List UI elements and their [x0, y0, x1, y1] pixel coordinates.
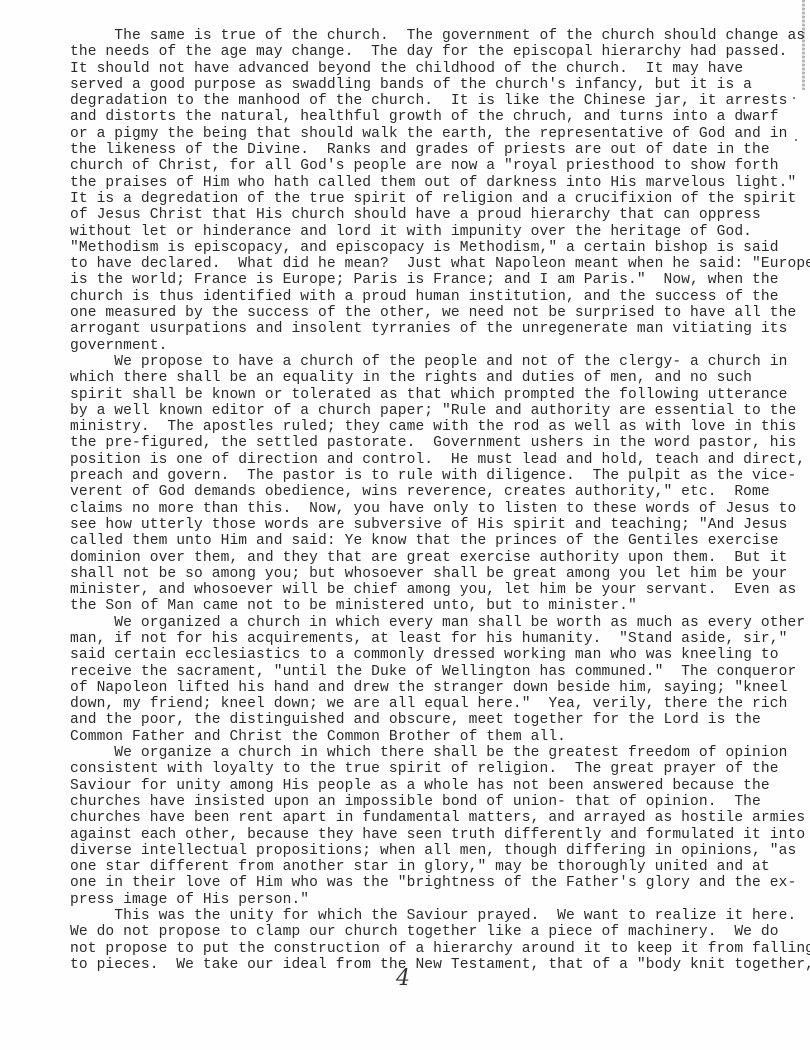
text-line: and distorts the natural, healthful grow…: [70, 109, 800, 125]
text-line: This was the unity for which the Saviour…: [70, 908, 800, 924]
text-line: We do not propose to clamp our church to…: [70, 924, 800, 940]
text-line: We organized a church in which every man…: [70, 615, 800, 631]
text-line: the praises of Him who hath called them …: [70, 175, 800, 191]
text-line: man, if not for his acquirements, at lea…: [70, 631, 800, 647]
text-line: preach and govern. The pastor is to rule…: [70, 468, 800, 484]
text-line: to pieces. We take our ideal from the Ne…: [70, 957, 800, 973]
text-line: ministry. The apostles ruled; they came …: [70, 419, 800, 435]
text-line: minister, and whosoever will be chief am…: [70, 582, 800, 598]
text-line: and the poor, the distinguished and obsc…: [70, 712, 800, 728]
text-line: government.: [70, 338, 800, 354]
text-line: the Son of Man came not to be ministered…: [70, 598, 800, 614]
text-line: is the world; France is Europe; Paris is…: [70, 272, 800, 288]
text-line: the pre-figured, the settled pastorate. …: [70, 435, 800, 451]
text-line: to have declared. What did he mean? Just…: [70, 256, 800, 272]
typewritten-body-text: The same is true of the church. The gove…: [70, 28, 800, 973]
text-line: the likeness of the Divine. Ranks and gr…: [70, 142, 800, 158]
text-line: churches have been rent apart in fundame…: [70, 810, 800, 826]
text-line: called them unto Him and said: Ye know t…: [70, 533, 800, 549]
text-line: without let or hinderance and lord it wi…: [70, 224, 800, 240]
text-line: The same is true of the church. The gove…: [70, 28, 800, 44]
scan-edge-shadow: [802, 0, 805, 90]
text-line: against each other, because they have se…: [70, 827, 800, 843]
text-line: church is thus identified with a proud h…: [70, 289, 800, 305]
text-line: by a well known editor of a church paper…: [70, 403, 800, 419]
text-line: It is a degredation of the true spirit o…: [70, 191, 800, 207]
text-line: of Jesus Christ that His church should h…: [70, 207, 800, 223]
text-line: degradation to the manhood of the church…: [70, 93, 800, 109]
text-line: Common Father and Christ the Common Brot…: [70, 729, 800, 745]
text-line: the needs of the age may change. The day…: [70, 44, 800, 60]
text-line: verent of God demands obedience, wins re…: [70, 484, 800, 500]
text-line: Saviour for unity among His people as a …: [70, 778, 800, 794]
text-line: served a good purpose as swaddling bands…: [70, 77, 800, 93]
text-line: church of Christ, for all God's people a…: [70, 158, 800, 174]
text-line: "Methodism is episcopacy, and episcopacy…: [70, 240, 800, 256]
text-line: position is one of direction and control…: [70, 452, 800, 468]
text-line: one star different from another star in …: [70, 859, 800, 875]
text-line: receive the sacrament, "until the Duke o…: [70, 664, 800, 680]
text-line: We organize a church in which there shal…: [70, 745, 800, 761]
text-line: press image of His person.": [70, 892, 800, 908]
document-page: The same is true of the church. The gove…: [0, 0, 810, 1050]
text-line: consistent with loyalty to the true spir…: [70, 761, 800, 777]
text-line: which there shall be an equality in the …: [70, 370, 800, 386]
text-line: one measured by the success of the other…: [70, 305, 800, 321]
text-line: see how utterly those words are subversi…: [70, 517, 800, 533]
page-number: 4: [396, 966, 410, 991]
text-line: We propose to have a church of the peopl…: [70, 354, 800, 370]
text-line: one in their love of Him who was the "br…: [70, 875, 800, 891]
text-line: of Napoleon lifted his hand and drew the…: [70, 680, 800, 696]
text-line: diverse intellectual propositions; when …: [70, 843, 800, 859]
text-line: spirit shall be known or tolerated as th…: [70, 387, 800, 403]
text-line: claims no more than this. Now, you have …: [70, 501, 800, 517]
text-line: or a pigmy the being that should walk th…: [70, 126, 800, 142]
text-line: shall not be so among you; but whosoever…: [70, 566, 800, 582]
text-line: dominion over them, and they that are gr…: [70, 550, 800, 566]
text-line: down, my friend; kneel down; we are all …: [70, 696, 800, 712]
text-line: not propose to put the construction of a…: [70, 941, 800, 957]
text-line: churches have insisted upon an impossibl…: [70, 794, 800, 810]
text-line: said certain ecclesiastics to a commonly…: [70, 647, 800, 663]
text-line: It should not have advanced beyond the c…: [70, 61, 800, 77]
text-line: arrogant usurpations and insolent tyrran…: [70, 321, 800, 337]
